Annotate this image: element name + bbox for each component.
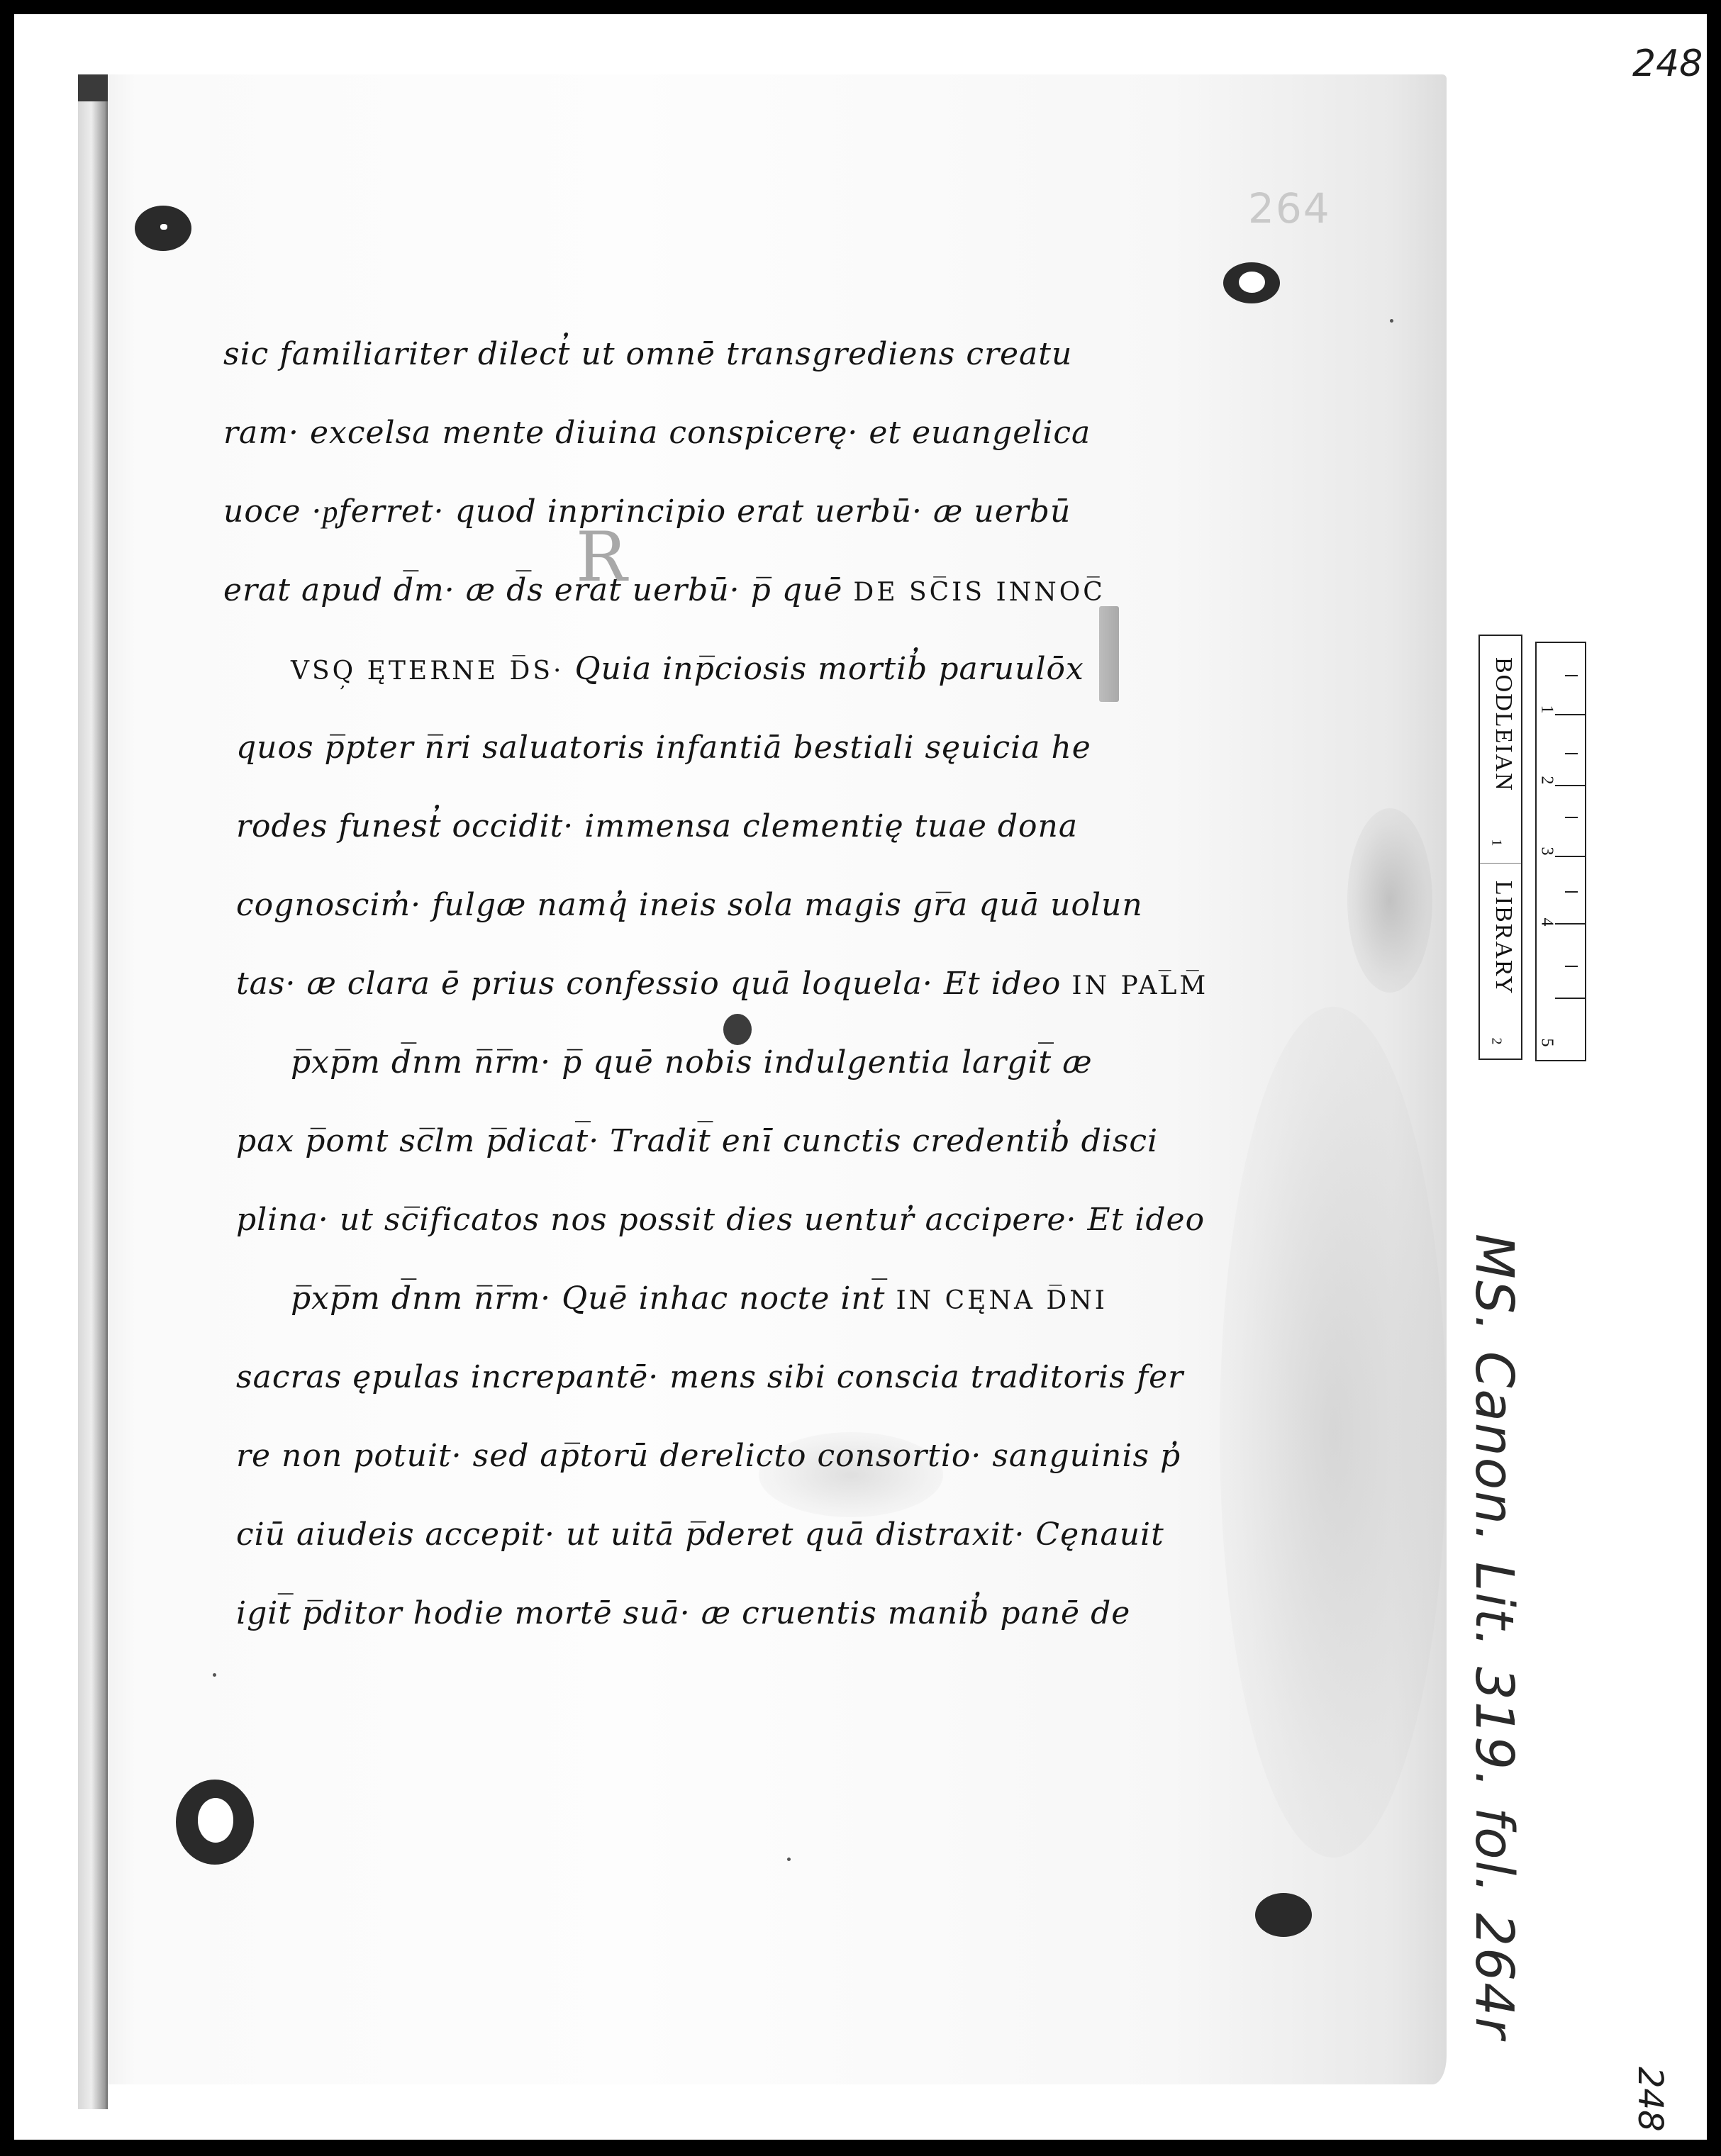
ruler-number: 1: [1537, 705, 1556, 714]
text-line: quos p̅pter n̅ri saluatoris infantiā bes…: [236, 720, 1091, 791]
water-stain: [1347, 808, 1432, 993]
gutter-shadow: [78, 74, 108, 101]
text-line: p̅xp̅m d̅nm n̅r̅m· p̅ quē nobis indulgen…: [291, 1034, 1093, 1105]
scale-label-number: 1: [1488, 839, 1505, 847]
scale-label-number: 2: [1488, 1038, 1505, 1045]
text-line: tas· æ clara ē prius confessio quā loque…: [236, 956, 1208, 1027]
pencil-folio-number: 264: [1248, 184, 1331, 233]
speck: [787, 1858, 791, 1861]
worm-hole: [1223, 262, 1280, 303]
scale-word: BODLEIAN: [1490, 657, 1517, 792]
text-line: igit̅ p̅ditor hodie mortē suā· æ cruenti…: [236, 1585, 1130, 1656]
speck: [1390, 319, 1393, 323]
text-line: rodes funest̓ occidit· immensa clementię…: [236, 798, 1078, 869]
scale-word: LIBRARY: [1490, 881, 1517, 995]
binding-gutter: [78, 74, 108, 2109]
text-line: p̅xp̅m d̅nm n̅r̅m· Quē inhac nocte int̅ …: [291, 1270, 1108, 1341]
text-line: plina· ut sc̅ificatos nos possit dies ue…: [236, 1192, 1205, 1263]
text-line: ciū aiudeis accepit· ut uitā p̅deret quā…: [236, 1507, 1164, 1577]
shelfmark-annotation: MS. Canon. Lit. 319. fol. 264r: [1464, 1234, 1525, 2040]
rubric: IN PAL̅M̅: [1071, 971, 1208, 1000]
text-line: uoce ·pͅferret· quod inprincipio erat ue…: [223, 484, 1071, 554]
text-line: ram· excelsa mente diuina conspicerę· et…: [223, 405, 1091, 476]
worm-hole: [1255, 1893, 1312, 1937]
ruler-number: 3: [1537, 847, 1556, 856]
text-line: pax p̅omt sc̅lm p̅dicat̅· Tradit̅ enī cu…: [236, 1113, 1158, 1184]
worm-hole: [135, 206, 191, 251]
scale-ruler: 1 2 3 4 5: [1535, 642, 1586, 1061]
ruler-number: 2: [1537, 776, 1556, 785]
scale-label: BODLEIAN LIBRARY 1 2: [1478, 635, 1522, 1060]
ruler-number: 4: [1537, 918, 1556, 927]
discoloration-area: [1220, 1007, 1447, 1858]
bottom-page-number: 248: [1630, 2067, 1670, 2132]
text-line: cognoscim̓· fulgæ namq̓ ineis sola magis…: [236, 877, 1143, 948]
text-line: sacras ępulas increpantē· mens sibi cons…: [236, 1349, 1183, 1420]
worm-hole: [176, 1780, 254, 1865]
text-line: VSQ̦ ĘTERNE D̅S· Quia inp̅ciosis mortib̓…: [291, 641, 1084, 712]
text-line: erat apud d̅m· æ d̅s erat uerbū· p̅ quē …: [223, 562, 1105, 633]
bodleian-scale-bar: BODLEIAN LIBRARY 1 2 1 2 3 4 5: [1478, 635, 1588, 1063]
top-page-number: 248: [1632, 43, 1703, 85]
rubric: VSQ̦ ĘTERNE D̅S·: [291, 657, 564, 686]
ruler-number: 5: [1537, 1039, 1556, 1047]
rubric: DE SC̅IS INNOC̅: [853, 578, 1105, 607]
speck: [213, 1673, 216, 1677]
photograph-sheet: 264 R sic familiariter dilect̓ ut omnē t…: [14, 14, 1707, 2140]
text-line: sic familiariter dilect̓ ut omnē transgr…: [223, 326, 1072, 397]
rubric: IN CĘNA D̅NI: [896, 1286, 1108, 1315]
text-line: re non potuit· sed ap̅torū derelicto con…: [236, 1428, 1181, 1499]
